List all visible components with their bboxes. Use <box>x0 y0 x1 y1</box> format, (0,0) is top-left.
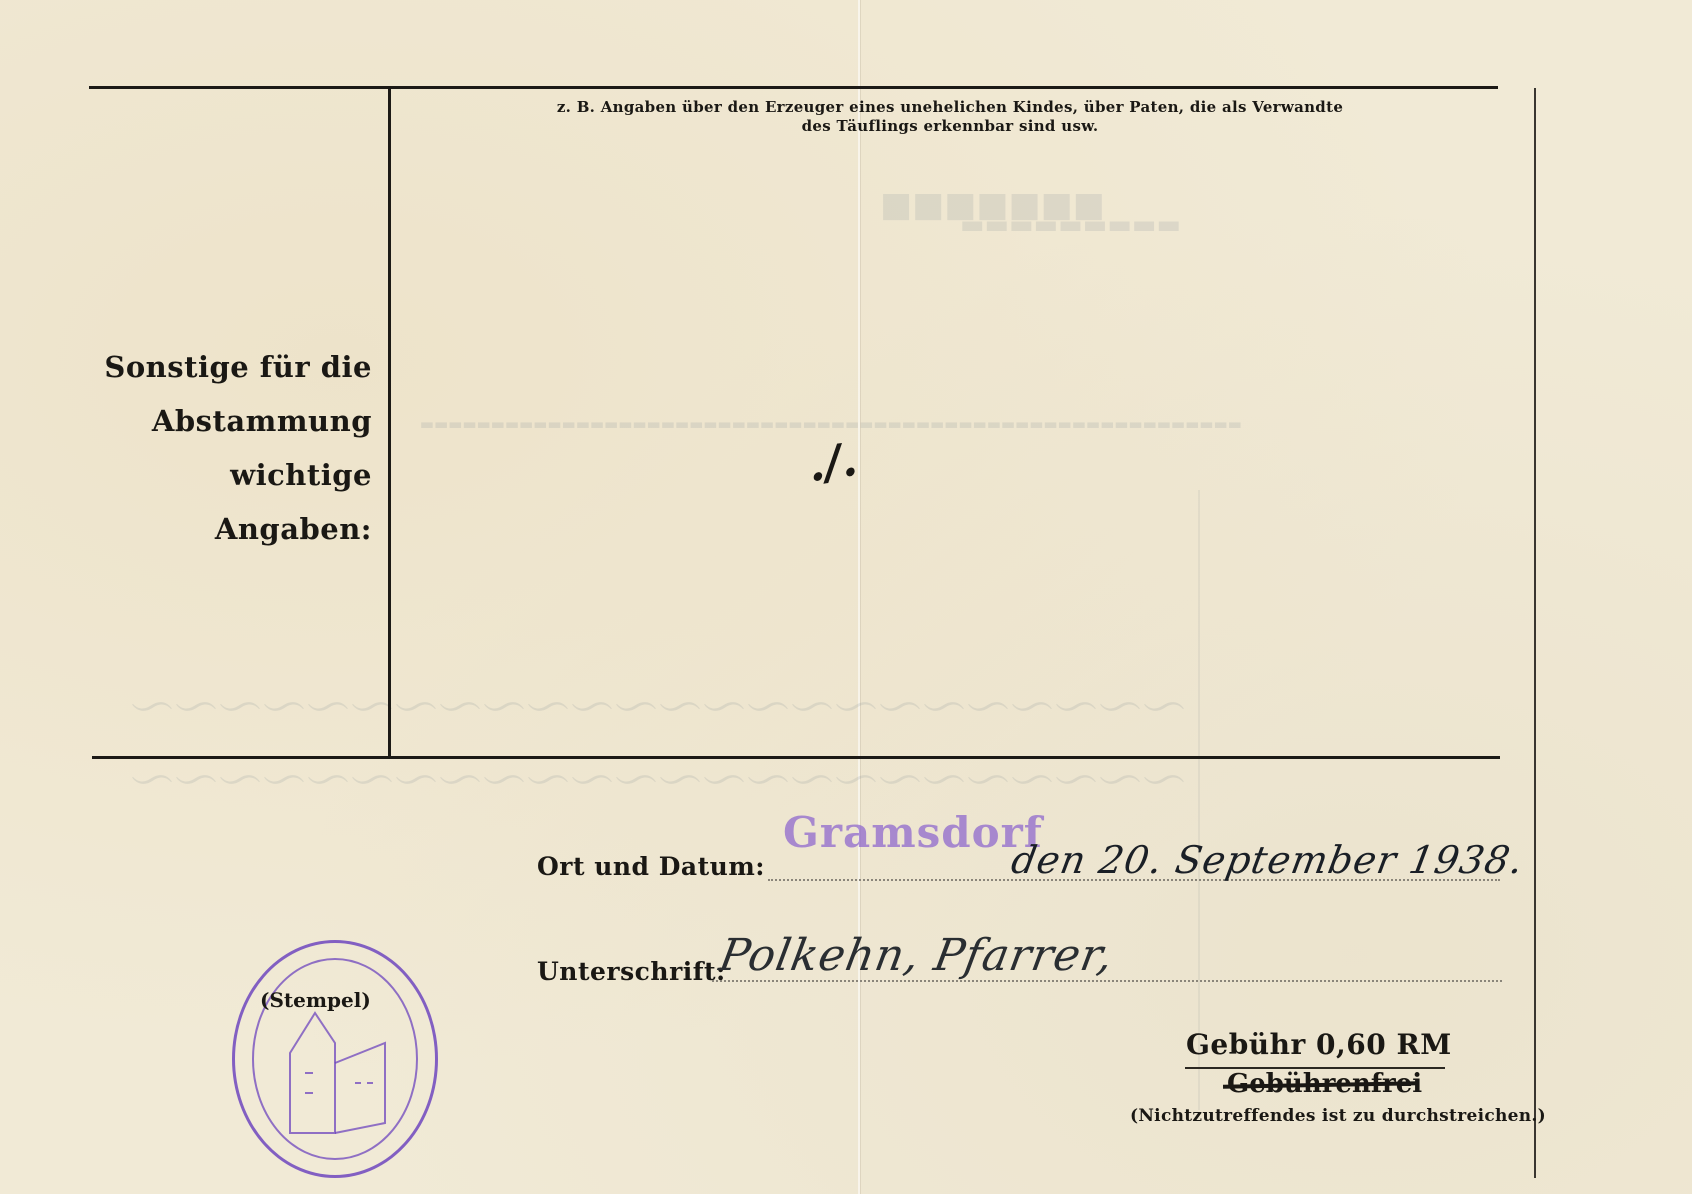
bleed-through: 〜〜〜〜〜〜〜〜〜〜〜〜〜〜〜〜〜〜〜〜〜〜〜〜 <box>130 745 1186 809</box>
paper-fold <box>858 0 860 1194</box>
place-date-label: Ort und Datum: <box>537 852 765 881</box>
signature-handwritten: Polkehn, Pfarrer, <box>716 930 1118 981</box>
section-entry: ./. <box>804 432 860 492</box>
hint-line-2: des Täuflings erkennbar sind usw. <box>400 117 1500 136</box>
section-label: Sonstige für die Abstammung wichtige Ang… <box>92 340 372 556</box>
church-icon <box>235 943 435 1175</box>
right-margin-rule <box>1534 88 1536 1178</box>
section-label-line-3: wichtige Angaben: <box>92 448 372 556</box>
bleed-through: ▬▬▬▬▬▬▬▬▬ <box>960 210 1181 240</box>
table-column-divider <box>388 89 391 758</box>
place-stamp: Gramsdorf <box>783 808 1043 857</box>
bleed-through: 〜〜〜〜〜〜〜〜〜〜〜〜〜〜〜〜〜〜〜〜〜〜〜〜 <box>130 672 1186 736</box>
fee-text: Gebühr 0,60 RM <box>1186 1028 1452 1061</box>
fee-free-text: Gebührenfrei <box>1227 1069 1422 1099</box>
hint-text: z. B. Angaben über den Erzeuger eines un… <box>400 98 1500 136</box>
strike-note: (Nichtzutreffendes ist zu durchstreichen… <box>1130 1106 1546 1126</box>
seal-label: (Stempel) <box>260 988 371 1012</box>
section-label-line-2: Abstammung <box>92 394 372 448</box>
section-label-line-1: Sonstige für die <box>92 340 372 394</box>
table-bottom-rule <box>92 756 1500 759</box>
bleed-through: ▬▬▬▬▬▬▬▬▬▬▬▬▬▬▬▬▬▬▬▬▬▬▬▬▬▬▬▬▬▬▬▬▬▬▬▬▬▬▬▬… <box>420 415 1242 433</box>
table-top-rule <box>89 86 1498 89</box>
bleed-through-rule <box>1198 490 1200 1110</box>
signature-label: Unterschrift: <box>537 957 726 986</box>
hint-line-1: z. B. Angaben über den Erzeuger eines un… <box>400 98 1500 117</box>
church-seal <box>232 940 438 1178</box>
date-handwritten: den 20. September 1938. <box>1008 838 1527 882</box>
